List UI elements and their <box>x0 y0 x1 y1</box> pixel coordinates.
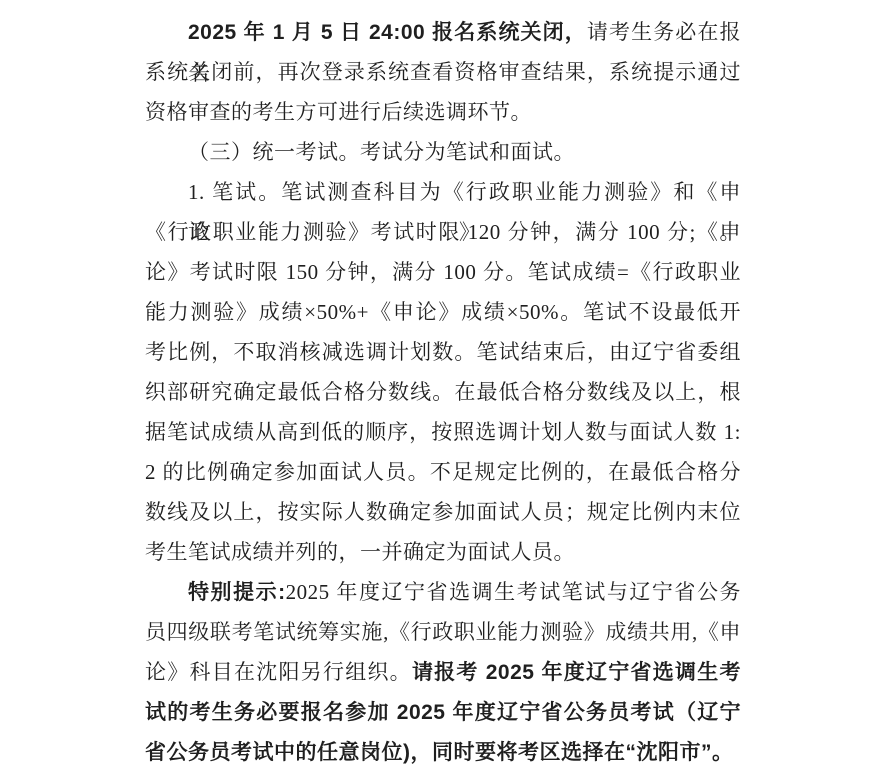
text-line: 数线及以上，按实际人数确定参加面试人员；规定比例内末位 <box>145 492 741 532</box>
emphasis-text: 请报考 2025 年度辽宁省选调生考 <box>412 661 741 684</box>
emphasis-text: 特别提示: <box>188 581 286 604</box>
document-page: { "page": { "background": "#ffffff", "te… <box>0 0 880 777</box>
body-text: 资格审查的考生方可进行后续选调环节。 <box>145 100 532 124</box>
body-text: 2025 年度辽宁省选调生考试笔试与辽宁省公务 <box>286 580 741 604</box>
body-text: 织部研究确定最低合格分数线。在最低合格分数线及以上，根 <box>145 380 741 404</box>
body-text: 据笔试成绩从高到低的顺序，按照选调计划人数与面试人数 1: <box>145 420 741 444</box>
text-line: 论》科目在沈阳另行组织。请报考 2025 年度辽宁省选调生考 <box>145 652 741 692</box>
text-line: 织部研究确定最低合格分数线。在最低合格分数线及以上，根 <box>145 372 741 412</box>
emphasis-text: 试的考生务必要报名参加 2025 年度辽宁省公务员考试（辽宁 <box>145 701 741 724</box>
text-line: 《行政职业能力测验》考试时限 120 分钟，满分 100 分;《申 <box>145 212 741 252</box>
text-line: 2 的比例确定参加面试人员。不足规定比例的，在最低合格分 <box>145 452 741 492</box>
body-text: 员四级联考笔试统筹实施,《行政职业能力测验》成绩共用,《申 <box>145 620 741 644</box>
text-line: （三）统一考试。考试分为笔试和面试。 <box>145 132 741 172</box>
body-text: 论》考试时限 150 分钟，满分 100 分。笔试成绩=《行政职业 <box>145 260 741 284</box>
body-text: （三）统一考试。考试分为笔试和面试。 <box>188 140 575 164</box>
body-text: 《行政职业能力测验》考试时限 120 分钟，满分 100 分;《申 <box>145 220 741 244</box>
text-line: 考比例，不取消核减选调计划数。笔试结束后，由辽宁省委组 <box>145 332 741 372</box>
body-text: 数线及以上，按实际人数确定参加面试人员；规定比例内末位 <box>145 500 741 524</box>
document-text-block: 2025 年 1 月 5 日 24:00 报名系统关闭，请考生务必在报名系统关闭… <box>145 12 741 772</box>
body-text: 考比例，不取消核减选调计划数。笔试结束后，由辽宁省委组 <box>145 340 741 364</box>
text-line: 省公务员考试中的任意岗位)，同时要将考区选择在“沈阳市”。 <box>145 732 741 772</box>
body-text: 系统关闭前，再次登录系统查看资格审查结果，系统提示通过 <box>145 60 741 84</box>
body-text: 考生笔试成绩并列的，一并确定为面试人员。 <box>145 540 575 564</box>
text-line: 据笔试成绩从高到低的顺序，按照选调计划人数与面试人数 1: <box>145 412 741 452</box>
text-line: 资格审查的考生方可进行后续选调环节。 <box>145 92 741 132</box>
text-line: 试的考生务必要报名参加 2025 年度辽宁省公务员考试（辽宁 <box>145 692 741 732</box>
text-line: 特别提示:2025 年度辽宁省选调生考试笔试与辽宁省公务 <box>145 572 741 612</box>
body-text: 论》科目在沈阳另行组织。 <box>145 660 412 684</box>
body-text: 2 的比例确定参加面试人员。不足规定比例的，在最低合格分 <box>145 460 741 484</box>
text-line: 论》考试时限 150 分钟，满分 100 分。笔试成绩=《行政职业 <box>145 252 741 292</box>
emphasis-text: 省公务员考试中的任意岗位)，同时要将考区选择在“沈阳市”。 <box>145 741 734 764</box>
text-line: 2025 年 1 月 5 日 24:00 报名系统关闭，请考生务必在报名 <box>145 12 741 52</box>
text-line: 考生笔试成绩并列的，一并确定为面试人员。 <box>145 532 741 572</box>
text-line: 能力测验》成绩×50%+《申论》成绩×50%。笔试不设最低开 <box>145 292 741 332</box>
text-line: 1. 笔试。笔试测查科目为《行政职业能力测验》和《申论》。 <box>145 172 741 212</box>
emphasis-text: 2025 年 1 月 5 日 24:00 报名系统关闭， <box>188 21 587 44</box>
body-text: 能力测验》成绩×50%+《申论》成绩×50%。笔试不设最低开 <box>145 300 741 324</box>
text-line: 系统关闭前，再次登录系统查看资格审查结果，系统提示通过 <box>145 52 741 92</box>
text-line: 员四级联考笔试统筹实施,《行政职业能力测验》成绩共用,《申 <box>145 612 741 652</box>
